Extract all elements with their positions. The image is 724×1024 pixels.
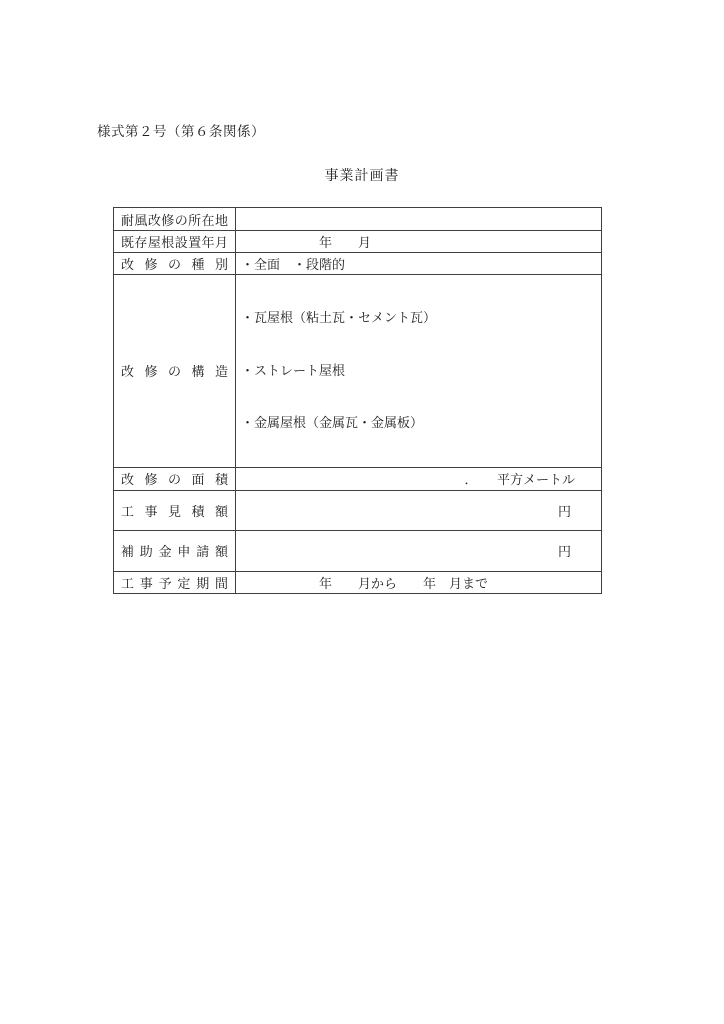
row-value: 年 月から 年 月まで [236, 571, 602, 593]
row-label: 工事見積額 [114, 490, 236, 530]
row-retrofit-structure: 改修の構造 ・瓦屋根（粘土瓦・セメント瓦） ・ストレート屋根 ・金属屋根（金属瓦… [114, 275, 602, 468]
document-page: 様式第２号（第６条関係） 事業計画書 耐風改修の所在地 既存屋根設置年月 年 月… [0, 0, 724, 1024]
row-label: 既存屋根設置年月 [114, 231, 236, 253]
row-label: 工事予定期間 [114, 571, 236, 593]
row-retrofit-location: 耐風改修の所在地 [114, 208, 602, 231]
form-number-label: 様式第２号（第６条関係） [97, 120, 265, 140]
row-existing-roof-date: 既存屋根設置年月 年 月 [114, 231, 602, 253]
row-value: ・瓦屋根（粘土瓦・セメント瓦） ・ストレート屋根 ・金属屋根（金属瓦・金属板） [236, 275, 602, 468]
row-label: 改修の構造 [114, 275, 236, 468]
structure-option-metal-roof: ・金属屋根（金属瓦・金属板） [241, 413, 597, 434]
row-retrofit-area: 改修の面積 ． 平方メートル [114, 467, 602, 490]
business-plan-table: 耐風改修の所在地 既存屋根設置年月 年 月 改修の種別 ・全面 ・段階的 改修の… [113, 207, 602, 594]
row-value [236, 208, 602, 231]
page-title: 事業計画書 [0, 165, 724, 185]
row-value: ． 平方メートル [236, 467, 602, 490]
row-value: 円 [236, 530, 602, 571]
row-label: 補助金申請額 [114, 530, 236, 571]
structure-option-slate-roof: ・ストレート屋根 [241, 361, 597, 382]
row-value: 円 [236, 490, 602, 530]
row-label: 耐風改修の所在地 [114, 208, 236, 231]
row-construction-period: 工事予定期間 年 月から 年 月まで [114, 571, 602, 593]
row-value: ・全面 ・段階的 [236, 253, 602, 275]
row-subsidy-application-amount: 補助金申請額 円 [114, 530, 602, 571]
row-value: 年 月 [236, 231, 602, 253]
row-construction-estimate: 工事見積額 円 [114, 490, 602, 530]
row-label: 改修の面積 [114, 467, 236, 490]
structure-option-tile-roof: ・瓦屋根（粘土瓦・セメント瓦） [241, 308, 597, 329]
row-retrofit-type: 改修の種別 ・全面 ・段階的 [114, 253, 602, 275]
row-label: 改修の種別 [114, 253, 236, 275]
